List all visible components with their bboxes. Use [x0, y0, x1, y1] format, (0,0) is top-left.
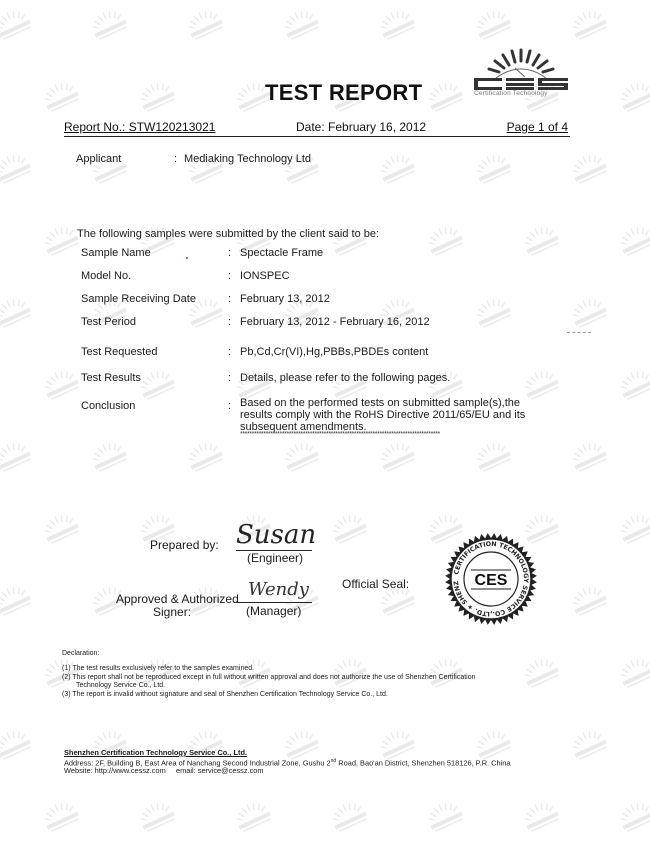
field-label-test-requested: Test Requested: [81, 346, 157, 358]
field-colon: :: [228, 293, 231, 305]
watermark-logo-icon: [562, 146, 616, 193]
prepared-role: (Engineer): [247, 551, 303, 565]
watermark-logo-icon: [322, 506, 376, 553]
declaration-item-2-cont: Technology Service Co., Ltd.: [76, 681, 165, 690]
field-value-test-requested: Pb,Cd,Cr(VI),Hg,PBBs,PBDEs content: [240, 346, 428, 358]
watermark-logo-icon: [514, 650, 568, 697]
field-label-sample-name: Sample Name: [81, 247, 151, 259]
field-value-conclusion: Based on the performed tests on submitte…: [240, 397, 550, 433]
field-value-test-period: February 13, 2012 - February 16, 2012: [240, 316, 430, 328]
watermark-logo-icon: [370, 146, 424, 193]
svg-text:CES: CES: [475, 572, 508, 589]
watermark-logo-icon: [610, 218, 650, 265]
prepared-by-label: Prepared by:: [150, 538, 219, 552]
watermark-logo-icon: [610, 74, 650, 121]
field-label-model-no: Model No.: [81, 270, 131, 282]
report-header-row: Report No.: STW120213021 Date: February …: [64, 120, 570, 137]
watermark-logo-icon: [466, 2, 520, 49]
watermark-logo-icon: [466, 434, 520, 481]
field-value-sample-name: Spectacle Frame: [240, 247, 323, 259]
watermark-logo-icon: [226, 794, 280, 841]
watermark-logo-icon: [34, 74, 88, 121]
official-seal-icon: CERTIFICATION TECHNOLOGY SERVICE CO.,LTD…: [444, 532, 538, 626]
field-label-test-period: Test Period: [81, 316, 136, 328]
field-colon: :: [228, 346, 231, 358]
watermark-logo-icon: [514, 794, 568, 841]
samples-intro: The following samples were submitted by …: [77, 228, 379, 240]
watermark-logo-icon: [0, 290, 40, 337]
watermark-logo-icon: [34, 506, 88, 553]
watermark-logo-icon: [274, 2, 328, 49]
watermark-logo-icon: [274, 434, 328, 481]
field-label-conclusion: Conclusion: [81, 400, 135, 412]
field-value-model-no: IONSPEC: [240, 270, 290, 282]
watermark-logo-icon: [418, 74, 472, 121]
watermark-logo-icon: [562, 290, 616, 337]
approved-signature: Wendy: [248, 579, 309, 600]
watermark-logo-icon: [82, 2, 136, 49]
watermark-logo-icon: [610, 362, 650, 409]
watermark-logo-icon: [0, 722, 40, 769]
watermark-logo-icon: [322, 218, 376, 265]
page-indicator: Page 1 of 4: [507, 120, 568, 134]
watermark-logo-icon: [130, 74, 184, 121]
watermark-logo-icon: [0, 146, 40, 193]
watermark-logo-icon: [82, 434, 136, 481]
watermark-logo-icon: [562, 2, 616, 49]
watermark-logo-icon: [130, 794, 184, 841]
watermark-logo-icon: [418, 218, 472, 265]
watermark-logo-icon: [466, 146, 520, 193]
watermark-logo-icon: [610, 506, 650, 553]
logo-caption: Certification Technology: [474, 90, 548, 97]
watermark-logo-icon: [322, 794, 376, 841]
watermark-logo-icon: [370, 290, 424, 337]
prepared-signature: Susan: [236, 520, 316, 550]
watermark-logo-icon: [370, 2, 424, 49]
watermark-logo-icon: [418, 794, 472, 841]
signer-label: Signer:: [153, 605, 191, 619]
watermark-logo-icon: [466, 290, 520, 337]
approved-signature-line: [236, 602, 312, 603]
field-value-receiving-date: February 13, 2012: [240, 293, 330, 305]
applicant-value: Mediaking Technology Ltd: [184, 153, 311, 165]
declaration-item-1: (1) The test results exclusively refer t…: [62, 664, 254, 673]
field-colon: :: [228, 372, 231, 384]
field-colon: :: [228, 247, 231, 259]
end-of-results-separator: ****************************************…: [240, 431, 536, 438]
field-value-test-results: Details, please refer to the following p…: [240, 372, 450, 384]
declaration-item-3: (3) The report is invalid without signat…: [62, 690, 388, 699]
declaration-title: Declaration:: [62, 650, 99, 657]
watermark-logo-icon: [178, 2, 232, 49]
document-title: TEST REPORT: [265, 80, 422, 106]
applicant-colon: :: [174, 153, 177, 165]
watermark-logo-icon: [0, 578, 40, 625]
footer-website-email: Website: http://www.cessz.com email: ser…: [64, 766, 264, 775]
approved-role: (Manager): [246, 604, 301, 618]
footer-company-name: Shenzhen Certification Technology Servic…: [64, 748, 247, 757]
watermark-logo-icon: [514, 218, 568, 265]
approved-label: Approved & Authorized: [116, 592, 239, 606]
report-number: Report No.: STW120213021: [64, 120, 215, 134]
watermark-logo-icon: [610, 794, 650, 841]
watermark-logo-icon: [0, 2, 40, 49]
report-date: Date: February 16, 2012: [296, 120, 426, 134]
watermark-logo-icon: [562, 434, 616, 481]
watermark-logo-icon: [0, 434, 40, 481]
watermark-logo-icon: [34, 794, 88, 841]
watermark-logo-icon: [562, 578, 616, 625]
stray-scan-mark: [567, 332, 591, 334]
watermark-logo-icon: [178, 434, 232, 481]
field-label-test-results: Test Results: [81, 372, 141, 384]
stray-red-mark: [186, 257, 188, 259]
address-part-2: Road, Bao'an District, Shenzhen 518126, …: [336, 758, 510, 767]
watermark-logo-icon: [130, 362, 184, 409]
field-colon: :: [228, 400, 231, 412]
watermark-logo-icon: [370, 434, 424, 481]
field-colon: :: [228, 270, 231, 282]
official-seal-label: Official Seal:: [342, 577, 409, 591]
field-colon: :: [228, 316, 231, 328]
watermark-logo-icon: [562, 722, 616, 769]
applicant-label: Applicant: [76, 153, 121, 165]
watermark-logo-icon: [610, 650, 650, 697]
field-label-receiving-date: Sample Receiving Date: [81, 293, 196, 305]
